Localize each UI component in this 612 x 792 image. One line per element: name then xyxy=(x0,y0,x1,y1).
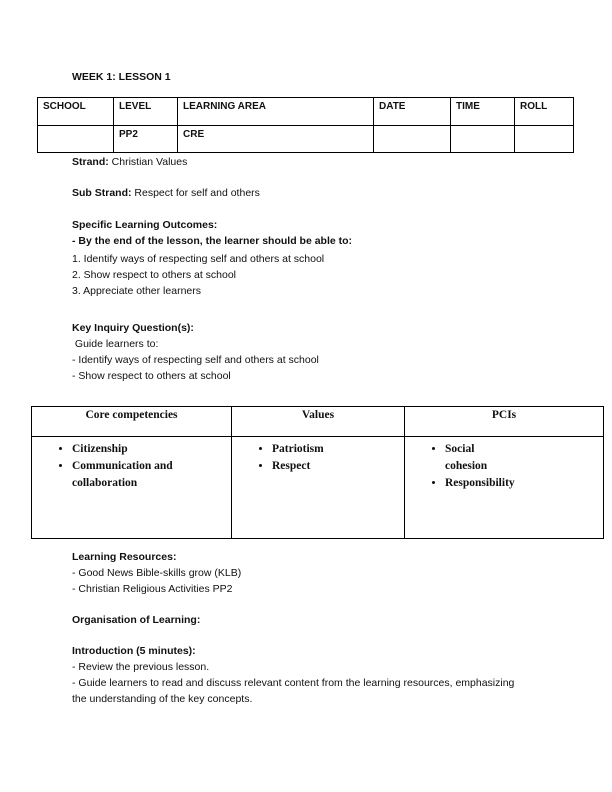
col-learning-area: LEARNING AREA xyxy=(178,98,374,126)
cell-level: PP2 xyxy=(114,126,178,153)
core-competencies-cell: Citizenship Communication and collaborat… xyxy=(32,437,232,539)
cell-roll xyxy=(515,126,574,153)
sub-strand-label: Sub Strand: xyxy=(72,187,132,199)
strand-value: Christian Values xyxy=(109,156,188,168)
col-roll: ROLL xyxy=(515,98,574,126)
strand-label: Strand: xyxy=(72,156,109,168)
competency-item: Communication and collaboration xyxy=(72,458,231,492)
core-competencies-header: Core competencies xyxy=(32,407,232,437)
resource-item: - Good News Bible-skills grow (KLB) xyxy=(72,565,241,581)
introduction-item: - Guide learners to read and discuss rel… xyxy=(72,675,514,691)
sub-strand-value: Respect for self and others xyxy=(132,187,260,199)
cell-learning-area: CRE xyxy=(178,126,374,153)
learning-outcomes: Specific Learning Outcomes: - By the end… xyxy=(72,217,352,299)
pci-item: Responsibility xyxy=(445,475,603,492)
week-lesson-title: WEEK 1: LESSON 1 xyxy=(72,71,171,83)
organisation-heading: Organisation of Learning: xyxy=(72,612,200,628)
learning-resources: Learning Resources: - Good News Bible-sk… xyxy=(72,549,241,597)
inquiry-heading: Key Inquiry Question(s): xyxy=(72,320,319,336)
strand: Strand: Christian Values xyxy=(72,154,187,170)
col-date: DATE xyxy=(374,98,451,126)
introduction-heading: Introduction (5 minutes): xyxy=(72,643,514,659)
pcis-cell: Social cohesion Responsibility xyxy=(405,437,604,539)
header-table-row: PP2 CRE xyxy=(38,126,574,153)
lesson-header-table: SCHOOL LEVEL LEARNING AREA DATE TIME ROL… xyxy=(37,97,574,153)
sub-strand: Sub Strand: Respect for self and others xyxy=(72,185,260,201)
introduction-item: - Review the previous lesson. xyxy=(72,659,514,675)
inquiry-item: - Show respect to others at school xyxy=(72,368,319,384)
resources-heading: Learning Resources: xyxy=(72,549,241,565)
outcomes-heading: Specific Learning Outcomes: xyxy=(72,217,352,233)
col-level: LEVEL xyxy=(114,98,178,126)
competency-item: Citizenship xyxy=(72,441,231,458)
resource-item: - Christian Religious Activities PP2 xyxy=(72,581,241,597)
value-item: Respect xyxy=(272,458,404,475)
pci-item: Social cohesion xyxy=(445,441,505,475)
outcome-item: 3. Appreciate other learners xyxy=(72,283,352,299)
competencies-table: Core competencies Values PCIs Citizenshi… xyxy=(31,406,604,539)
inquiry-item: - Identify ways of respecting self and o… xyxy=(72,352,319,368)
introduction-item: the understanding of the key concepts. xyxy=(72,691,514,707)
header-table-headings: SCHOOL LEVEL LEARNING AREA DATE TIME ROL… xyxy=(38,98,574,126)
outcome-item: 1. Identify ways of respecting self and … xyxy=(72,251,352,267)
key-inquiry-questions: Key Inquiry Question(s): Guide learners … xyxy=(72,320,319,384)
inquiry-intro: Guide learners to: xyxy=(72,336,319,352)
cell-time xyxy=(451,126,515,153)
outcome-item: 2. Show respect to others at school xyxy=(72,267,352,283)
col-school: SCHOOL xyxy=(38,98,114,126)
outcomes-subheading: - By the end of the lesson, the learner … xyxy=(72,233,352,249)
values-cell: Patriotism Respect xyxy=(232,437,405,539)
introduction-section: Introduction (5 minutes): - Review the p… xyxy=(72,643,514,707)
cell-school xyxy=(38,126,114,153)
col-time: TIME xyxy=(451,98,515,126)
pcis-header: PCIs xyxy=(405,407,604,437)
values-header: Values xyxy=(232,407,405,437)
cell-date xyxy=(374,126,451,153)
value-item: Patriotism xyxy=(272,441,404,458)
